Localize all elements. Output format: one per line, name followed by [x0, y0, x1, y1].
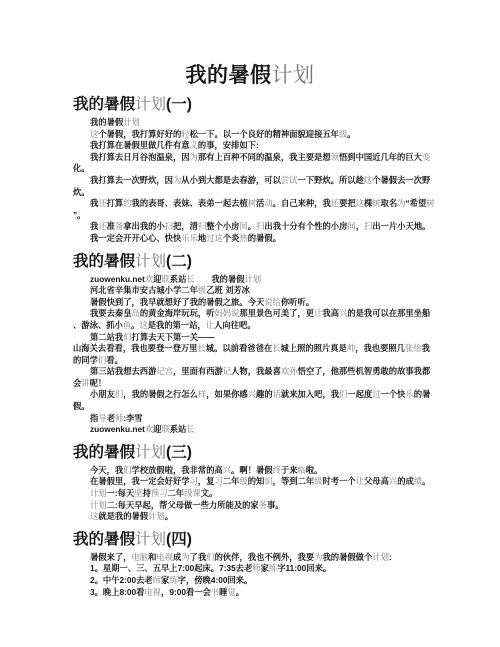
paragraph: 1。星期一、三、五早上7:00起床。7:35去老师家练字11:00回来。 [73, 563, 435, 575]
document-title: 我的暑假计划 [0, 0, 500, 88]
section-1-heading: 我的暑假计划(一) [73, 88, 435, 117]
paragraph: 河北省辛集市安古城小学二年级乙班 刘芳冰 [73, 285, 435, 297]
section-2-heading: 我的暑假计划(二) [73, 245, 435, 274]
paragraph: 这个暑假，我打算好好的轻松一下。以一个良好的精神面貌迎接五年级。 [73, 129, 435, 141]
paragraph: 我打算去一次野炊，因为从小到大都是去春游，可以尝试一下野炊。所以趁这个暑假去一次… [73, 175, 435, 198]
paragraph: 计划二:每天早起，帮父母做一些力所能及的家务事。 [73, 500, 435, 512]
paragraph: 2。中午2:00去老师家练字，傍晚4:00回来。 [73, 575, 435, 587]
section-3: 我的暑假计划(三) 今天，我们学校放假啦，我非常的高兴。啊！暑假终于来临啦。 在… [73, 436, 435, 523]
paragraph: 我的暑假计划 [73, 117, 435, 129]
paragraph: 暑假来了，电脑和电视成为了我们的伙伴，我也不例外，我要为我的暑假做个计划: [73, 552, 435, 564]
paragraph: zuowenku.net欢迎联系站长 [73, 424, 435, 436]
section-4: 我的暑假计划(四) 暑假来了，电脑和电视成为了我们的伙伴，我也不例外，我要为我的… [73, 523, 435, 598]
paragraph: 暑假快到了，我早就想好了我的暑假之旅。今天说给你听听。 [73, 297, 435, 309]
section-1: 我的暑假计划(一) 我的暑假计划 这个暑假，我打算好好的轻松一下。以一个良好的精… [73, 88, 435, 245]
document-content: 我的暑假计划(一) 我的暑假计划 这个暑假，我打算好好的轻松一下。以一个良好的精… [0, 88, 500, 598]
section-4-heading: 我的暑假计划(四) [73, 523, 435, 552]
paragraph: 小朋友们，我的暑假之行怎么样，如果你感兴趣的话就来加入吧，我们一起度过一个快乐的… [73, 389, 435, 412]
paragraph: 这就是我的暑假计划。 [73, 511, 435, 523]
paragraph: 我打算去日月谷泡温泉，因为那有上百种不同的温泉，我主要是想领悟到中国近几年的巨大… [73, 152, 435, 175]
document-page: 我的暑假计划 我的暑假计划(一) 我的暑假计划 这个暑假，我打算好好的轻松一下。… [0, 0, 500, 647]
paragraph: 我还准备拿出我的小扫把，清扫整个小房间。扫出我十分有个性的小房间，扫出一片小天地… [73, 221, 435, 233]
paragraph: 我还打算约我的表哥、表妹、表弟一起去植树活动。自己来种，我还要把这棵树取名为“希… [73, 198, 435, 221]
section-2: 我的暑假计划(二) zuowenku.net欢迎联系站长 我的暑假计划 河北省辛… [73, 245, 435, 436]
paragraph: 山海关去看看，我也要登一登万里长城。以前看爸爸在长城上照的照片真是帅，我也要照几… [73, 343, 435, 366]
paragraph: 指导老师:李雪 [73, 413, 435, 425]
paragraph: 计划一:每天坚持预习二年级课文。 [73, 488, 435, 500]
paragraph: 今天，我们学校放假啦，我非常的高兴。啊！暑假终于来临啦。 [73, 465, 435, 477]
paragraph: 第二站我们打算去天下第一关—— [73, 332, 435, 344]
paragraph: 第三站我想去西游记宫，里面有西游记人物，我最喜欢孙悟空了，他那些机智勇敢的故事我… [73, 366, 435, 389]
paragraph: zuowenku.net欢迎联系站长 我的暑假计划 [73, 274, 435, 286]
paragraph: 我一定会开开心心、快快乐乐地过这个炎热的暑假。 [73, 233, 435, 245]
paragraph: 我要去秦皇岛的黄金海岸玩玩，听妈妈说那里景色可美了，更让我高兴的是我可以在那里坐… [73, 308, 435, 331]
paragraph: 在暑假里，我一定会好好学习，复习二年级的知识，等到二年级时考一个让父母高兴的成绩… [73, 476, 435, 488]
paragraph: 3。晚上8:00看电视，9:00看一会书睡觉。 [73, 587, 435, 599]
paragraph: 我打算在暑假里做几件有意义的事，安排如下: [73, 140, 435, 152]
section-3-heading: 我的暑假计划(三) [73, 436, 435, 465]
